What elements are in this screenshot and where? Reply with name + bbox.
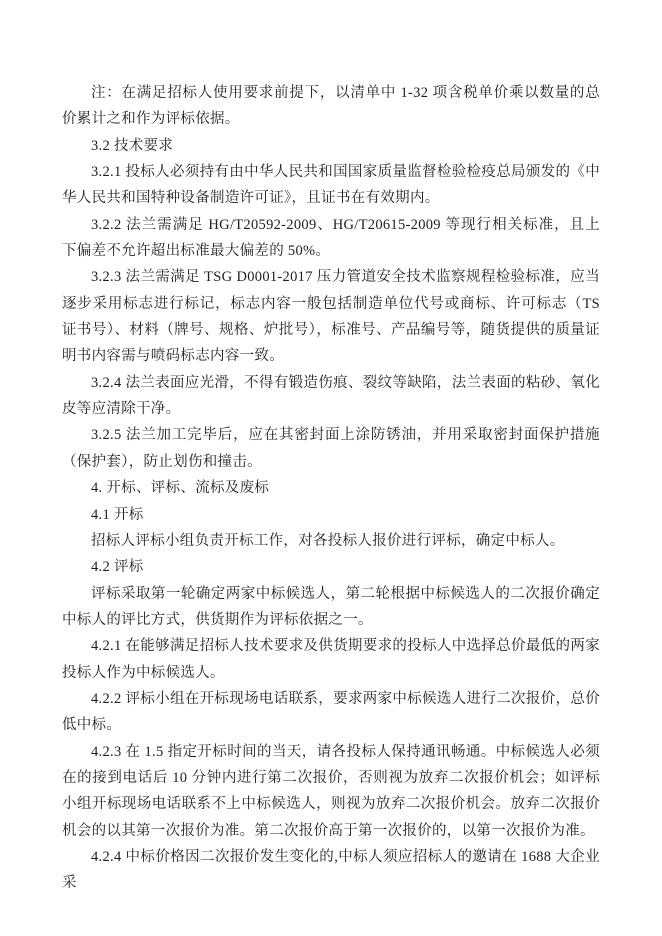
paragraph-4.2.4: 4.2.4 中标价格因二次报价发生变化的,中标人须应招标人的邀请在 1688 大… [62,844,600,897]
paragraph-4.2.3: 4.2.3 在 1.5 指定开标时间的当天，请各投标人保持通讯畅通。中标候选人必… [62,739,600,844]
paragraph-3.2.3: 3.2.3 法兰需满足 TSG D0001-2017 压力管道安全技术监察规程检… [62,264,600,369]
paragraph-4.1-body: 招标人评标小组负责开标工作，对各投标人报价进行评标，确定中标人。 [62,528,600,554]
paragraph-3.2.2: 3.2.2 法兰需满足 HG/T20592-2009、HG/T20615-200… [62,212,600,265]
document-page: 注：在满足招标人使用要求前提下，以清单中 1-32 项含税单价乘以数量的总价累计… [0,0,662,936]
paragraph-4.2.1: 4.2.1 在能够满足招标人技术要求及供货期要求的投标人中选择总价最低的两家投标… [62,633,600,686]
paragraph-3.2.5: 3.2.5 法兰加工完毕后，应在其密封面上涂防锈油，并用采取密封面保护措施（保护… [62,422,600,475]
paragraph-3.2.1: 3.2.1 投标人必须持有由中华人民共和国国家质量监督检验检疫总局颁发的《中华人… [62,159,600,212]
paragraph-4.2-body: 评标采取第一轮确定两家中标候选人，第二轮根据中标候选人的二次报价确定中标人的评比… [62,581,600,634]
paragraph-4.2: 4.2 评标 [62,554,600,580]
paragraph-3.2: 3.2 技术要求 [62,133,600,159]
paragraph-3.2.4: 3.2.4 法兰表面应光滑，不得有锻造伤痕、裂纹等缺陷，法兰表面的粘砂、氧化皮等… [62,370,600,423]
paragraph-4.1: 4.1 开标 [62,502,600,528]
paragraph-4.2.2: 4.2.2 评标小组在开标现场电话联系，要求两家中标候选人进行二次报价，总价低中… [62,686,600,739]
document-content: 注：在满足招标人使用要求前提下，以清单中 1-32 项含税单价乘以数量的总价累计… [62,80,600,897]
paragraph-note: 注：在满足招标人使用要求前提下，以清单中 1-32 项含税单价乘以数量的总价累计… [62,80,600,133]
paragraph-4: 4. 开标、评标、流标及废标 [62,475,600,501]
